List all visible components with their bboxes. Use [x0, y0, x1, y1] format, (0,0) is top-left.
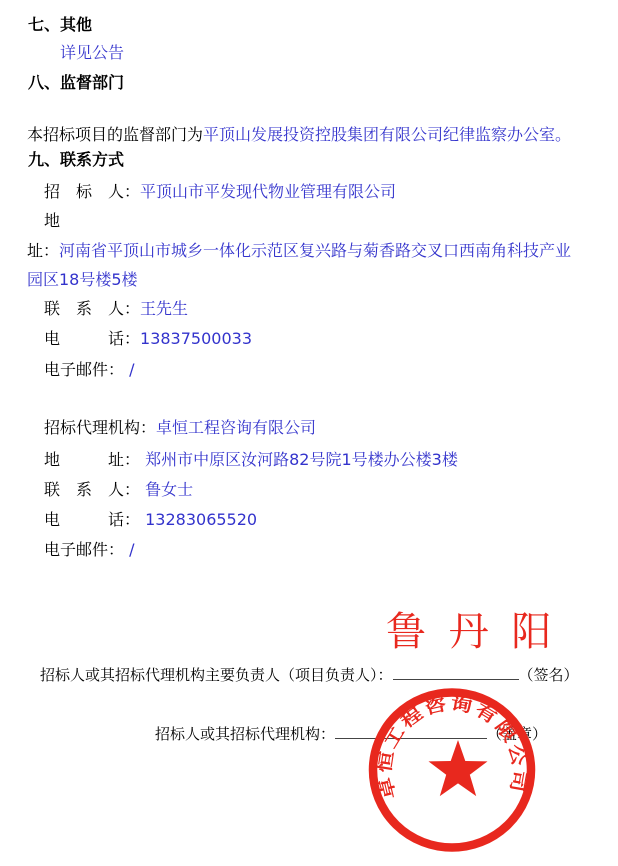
agency-email-value: /: [129, 540, 134, 559]
signature-line2-blank: [335, 723, 487, 739]
seal-company-arc-text: 卓恒工程咨询有限公司: [374, 693, 529, 801]
signature-line-agency: 招标人或其招标代理机构：（盖章）: [155, 723, 547, 743]
signature-line1-suffix: （签名）: [519, 666, 579, 684]
tenderer-contact-value: 王先生: [140, 299, 188, 318]
tenderer-addr-line1: 河南省平顶山市城乡一体化示范区复兴路与菊香路交叉口西南角科技产业: [59, 241, 571, 260]
tenderer-email-row: 电子邮件： /: [44, 361, 135, 379]
agency-phone-label: 电 话：: [44, 510, 140, 529]
section8-heading: 八、监督部门: [28, 74, 124, 92]
tenderer-addr-line2: 园区18号楼5楼: [27, 271, 138, 289]
signature-line1-blank: [393, 664, 519, 680]
agency-contact-row: 联 系 人： 鲁女士: [44, 481, 193, 499]
tenderer-addr-label-part1: 地: [44, 212, 60, 230]
tenderer-email-label: 电子邮件：: [44, 360, 124, 379]
supervision-paragraph: 本招标项目的监督部门为平顶山发展投资控股集团有限公司纪律监察办公室。: [27, 126, 571, 144]
agency-contact-label: 联 系 人：: [44, 480, 140, 499]
seal-ring: [373, 693, 531, 848]
tenderer-phone-label: 电 话：: [44, 329, 140, 348]
agency-contact-value: 鲁女士: [145, 480, 193, 499]
see-announcement-text: 详见公告: [60, 44, 124, 62]
tenderer-name-label: 招 标 人：: [44, 182, 140, 201]
star-icon: [429, 740, 488, 796]
agency-addr-value: 郑州市中原区汝河路82号院1号楼办公楼3楼: [145, 450, 458, 469]
signed-name-stamp: 鲁 丹 阳: [386, 608, 556, 656]
tender-notice-document: 七、其他 详见公告 八、监督部门 本招标项目的监督部门为平顶山发展投资控股集团有…: [0, 0, 618, 866]
signature-line2-label: 招标人或其招标代理机构：: [155, 725, 335, 743]
agency-addr-row: 地 址： 郑州市中原区汝河路82号院1号楼办公楼3楼: [44, 451, 458, 469]
tenderer-addr-row: 址：河南省平顶山市城乡一体化示范区复兴路与菊香路交叉口西南角科技产业: [27, 242, 571, 260]
tenderer-email-value: /: [129, 360, 134, 379]
signature-line2-suffix: （盖章）: [487, 725, 547, 743]
supervision-department-name: 平顶山发展投资控股集团有限公司纪律监察办公室。: [203, 125, 571, 144]
tenderer-name-value: 平顶山市平发现代物业管理有限公司: [140, 182, 396, 201]
company-seal-stamp: 卓恒工程咨询有限公司: [368, 687, 536, 853]
agency-email-row: 电子邮件： /: [44, 541, 135, 559]
agency-name-value: 卓恒工程咨询有限公司: [156, 418, 316, 437]
agency-name-label: 招标代理机构：: [44, 418, 156, 437]
signature-line1-label: 招标人或其招标代理机构主要负责人（项目负责人）：: [40, 666, 393, 684]
agency-phone-row: 电 话： 13283065520: [44, 511, 257, 529]
supervision-text-black: 本招标项目的监督部门为: [27, 125, 203, 144]
tenderer-phone-value: 13837500033: [140, 329, 252, 348]
tenderer-contact-label: 联 系 人：: [44, 299, 140, 318]
agency-name-row: 招标代理机构：卓恒工程咨询有限公司: [44, 419, 316, 437]
svg-text:卓恒工程咨询有限公司: 卓恒工程咨询有限公司: [374, 693, 529, 801]
section7-heading: 七、其他: [28, 16, 92, 34]
tenderer-phone-row: 电 话：13837500033: [44, 330, 252, 348]
tenderer-contact-row: 联 系 人：王先生: [44, 300, 188, 318]
tenderer-addr-label-part2: 址：: [27, 241, 59, 260]
section9-heading: 九、联系方式: [28, 151, 124, 169]
agency-addr-label: 地 址：: [44, 450, 140, 469]
agency-phone-value: 13283065520: [145, 510, 257, 529]
tenderer-name-row: 招 标 人：平顶山市平发现代物业管理有限公司: [44, 183, 396, 201]
signature-line-responsible-person: 招标人或其招标代理机构主要负责人（项目负责人）：（签名）: [40, 664, 579, 684]
agency-email-label: 电子邮件：: [44, 540, 124, 559]
